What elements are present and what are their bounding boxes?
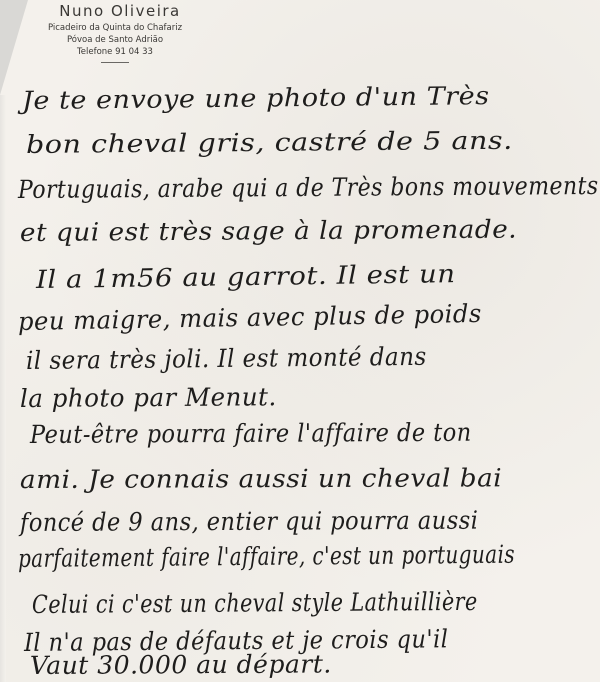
letterhead-address-line1: Picadeiro da Quinta do Chafariz <box>30 22 200 34</box>
handwritten-line: la photo par Menut. <box>20 382 277 413</box>
letterhead-divider <box>101 62 129 63</box>
letter-paper: Nuno Oliveira Picadeiro da Quinta do Cha… <box>0 0 600 682</box>
handwritten-line: il sera très joli. Il est monté dans <box>26 342 427 375</box>
letterhead: Nuno Oliveira Picadeiro da Quinta do Cha… <box>30 2 200 63</box>
handwritten-line: Peut-être pourra faire l'affaire de ton <box>30 418 472 449</box>
handwritten-line: Il a 1m56 au garrot. Il est un <box>36 259 456 294</box>
letterhead-address-line2: Póvoa de Santo Adrião <box>30 34 200 46</box>
letterhead-name: Nuno Oliveira <box>40 2 200 20</box>
handwritten-line: ami. Je connais aussi un cheval bai <box>20 463 502 494</box>
handwritten-line: bon cheval gris, castré de 5 ans. <box>26 126 513 159</box>
handwritten-line: parfaitement faire l'affaire, c'est un p… <box>18 540 515 573</box>
handwritten-line: foncé de 9 ans, entier qui pourra aussi <box>20 506 478 537</box>
handwritten-line: Je te envoye une photo d'un Très <box>22 81 490 115</box>
handwritten-line: Portuguais, arabe qui a de Très bons mou… <box>18 171 599 204</box>
handwritten-line: et qui est très sage à la promenade. <box>20 215 517 247</box>
handwritten-line: Vaut 30.000 au départ. <box>30 649 332 680</box>
handwritten-line: Celui ci c'est un cheval style Lathuilli… <box>32 587 478 619</box>
letterhead-phone: Telefone 91 04 33 <box>30 46 200 58</box>
handwritten-line: peu maigre, mais avec plus de poids <box>18 299 482 336</box>
paper-edge <box>0 95 6 682</box>
